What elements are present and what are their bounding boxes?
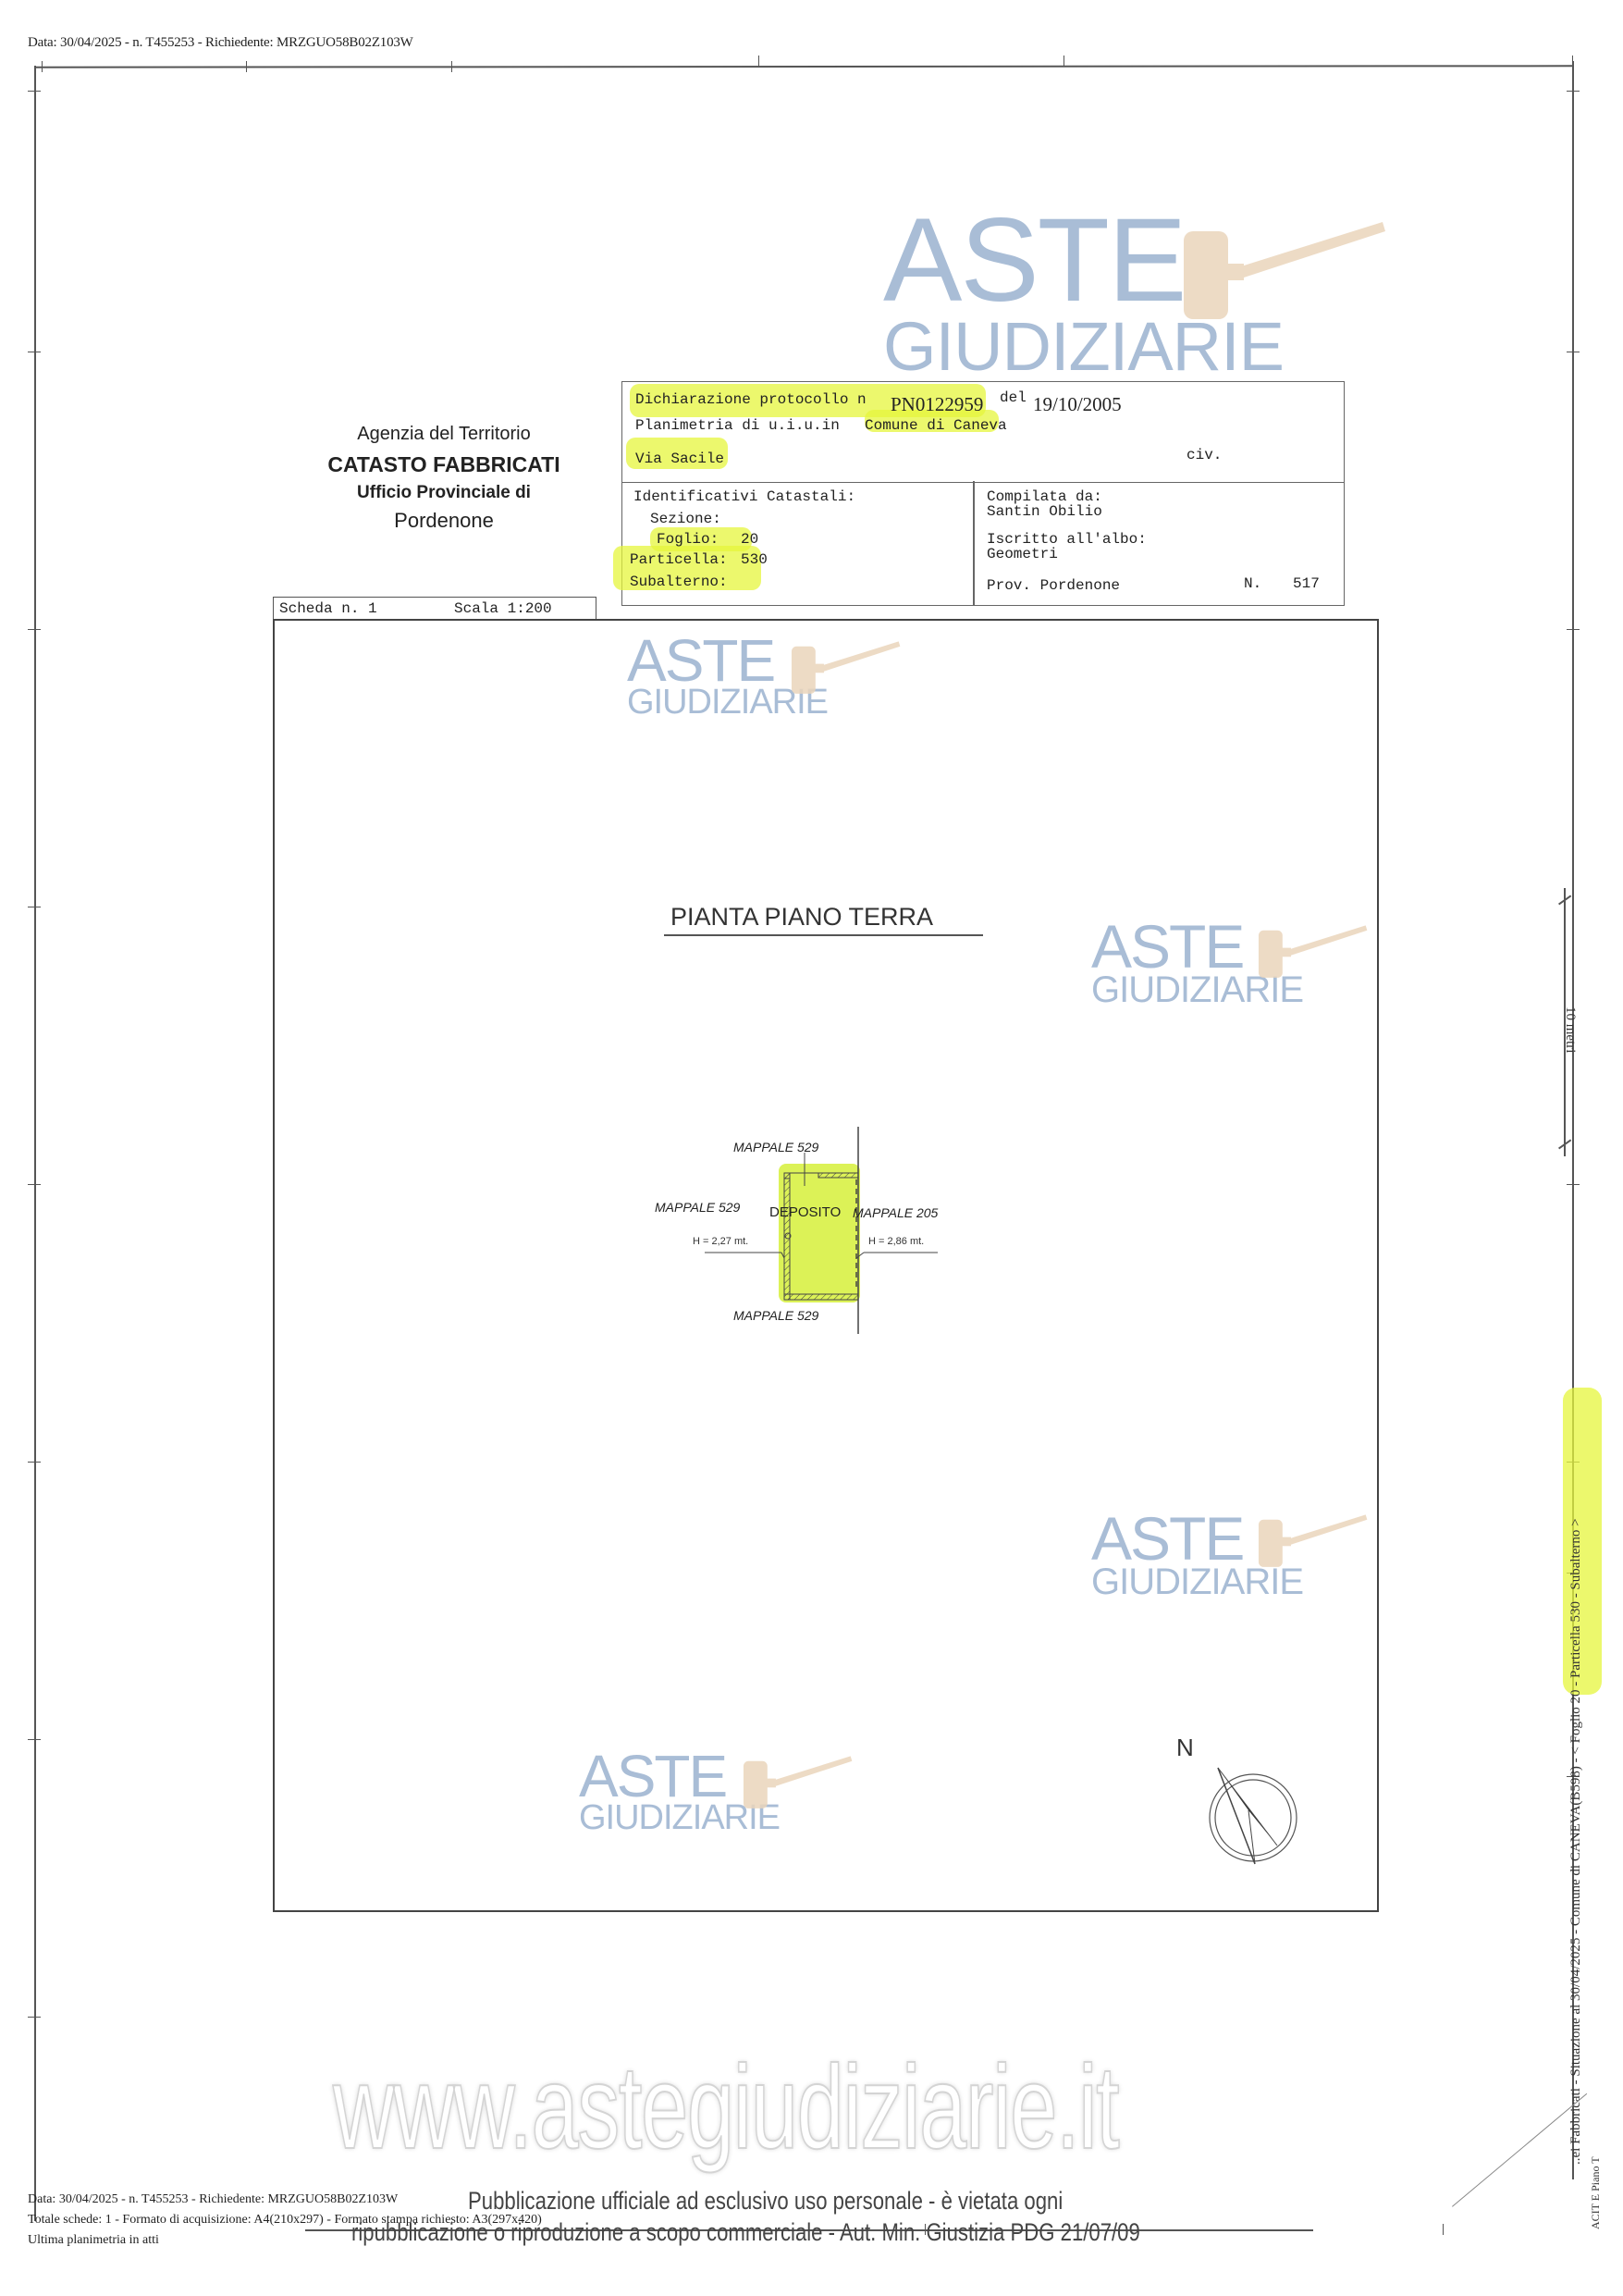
gavel-icon bbox=[1253, 920, 1369, 985]
scale-label: 10 metri bbox=[1562, 1006, 1578, 1053]
foglio-value: 20 bbox=[741, 531, 758, 548]
prov-value: Prov. Pordenone bbox=[987, 577, 1120, 594]
publication-notice-1: Pubblicazione ufficiale ad esclusivo uso… bbox=[468, 2187, 1063, 2216]
room-label: DEPOSITO bbox=[769, 1204, 841, 1220]
compilata-box: Compilata da: Santin Obilio Iscritto all… bbox=[973, 481, 1345, 606]
n-value: 517 bbox=[1293, 575, 1320, 592]
north-label: N bbox=[1176, 1734, 1194, 1762]
document-header: Data: 30/04/2025 - n. T455253 - Richiede… bbox=[28, 35, 413, 51]
gavel-icon bbox=[1174, 213, 1387, 333]
side-info-line2: ACIT E Piano T bbox=[1589, 2156, 1603, 2229]
side-info-highlight: < Foglio 20 - Particella 530 - Subaltern… bbox=[1568, 1518, 1583, 1754]
civ-label: civ. bbox=[1187, 447, 1222, 463]
n-label: N. bbox=[1244, 575, 1261, 592]
scala-value: Scala 1:200 bbox=[454, 600, 552, 617]
particella-label: Particella: bbox=[630, 551, 728, 568]
protocol-box: Dichiarazione protocollo n PN0122959 del… bbox=[621, 381, 1345, 483]
north-arrow-icon bbox=[1198, 1762, 1309, 1873]
footer-line3: Ultima planimetria in atti bbox=[28, 2233, 159, 2248]
page-curl-edge bbox=[1452, 2093, 1587, 2207]
scheda-number: Scheda n. 1 bbox=[279, 600, 377, 617]
subalterno-label: Subalterno: bbox=[630, 574, 728, 590]
protocol-date: 19/10/2005 bbox=[1033, 393, 1122, 416]
planimetria-label: Planimetria di u.i.u.in bbox=[635, 417, 840, 434]
side-info: ..ei Fabbricati - Situazione al 30/04/20… bbox=[1568, 1518, 1584, 2165]
gavel-icon bbox=[786, 636, 902, 701]
foglio-label: Foglio: bbox=[657, 531, 719, 548]
agency-block: Agenzia del Territorio CATASTO FABBRICAT… bbox=[268, 424, 620, 533]
del-label: del bbox=[1000, 389, 1027, 406]
mappale-label-top: MAPPALE 529 bbox=[733, 1140, 818, 1154]
plan-title: PIANTA PIANO TERRA bbox=[670, 903, 933, 932]
protocol-number: PN0122959 bbox=[891, 393, 983, 416]
identificativi-title: Identificativi Catastali: bbox=[633, 488, 855, 505]
footer-line1: Data: 30/04/2025 - n. T455253 - Richiede… bbox=[28, 2192, 398, 2207]
mappale-label-bottom: MAPPALE 529 bbox=[733, 1308, 818, 1323]
comune-value: Comune di Caneva bbox=[865, 417, 1007, 434]
gavel-icon bbox=[1253, 1510, 1369, 1574]
scheda-box: Scheda n. 1 Scala 1:200 bbox=[273, 597, 596, 621]
particella-value: 530 bbox=[741, 551, 768, 568]
identificativi-box: Identificativi Catastali: Sezione: Fogli… bbox=[621, 481, 975, 606]
publication-notice-2: ripubblicazione o riproduzione a scopo c… bbox=[351, 2218, 1140, 2247]
protocol-label: Dichiarazione protocollo n bbox=[635, 391, 867, 408]
compilata-name: Santin Obilio bbox=[987, 503, 1102, 520]
height-left: H = 2,27 mt. bbox=[693, 1236, 748, 1247]
height-right: H = 2,86 mt. bbox=[868, 1236, 924, 1247]
gavel-icon bbox=[738, 1751, 854, 1816]
plan-title-underline bbox=[664, 934, 983, 936]
mappale-label-right: MAPPALE 205 bbox=[853, 1205, 938, 1220]
address-value: Via Sacile bbox=[635, 451, 724, 467]
mappale-label-left: MAPPALE 529 bbox=[655, 1200, 740, 1215]
site-watermark: www.astegiudiziarie.it bbox=[333, 2040, 1118, 2176]
sezione-label: Sezione: bbox=[650, 511, 721, 527]
albo-value: Geometri bbox=[987, 546, 1058, 562]
